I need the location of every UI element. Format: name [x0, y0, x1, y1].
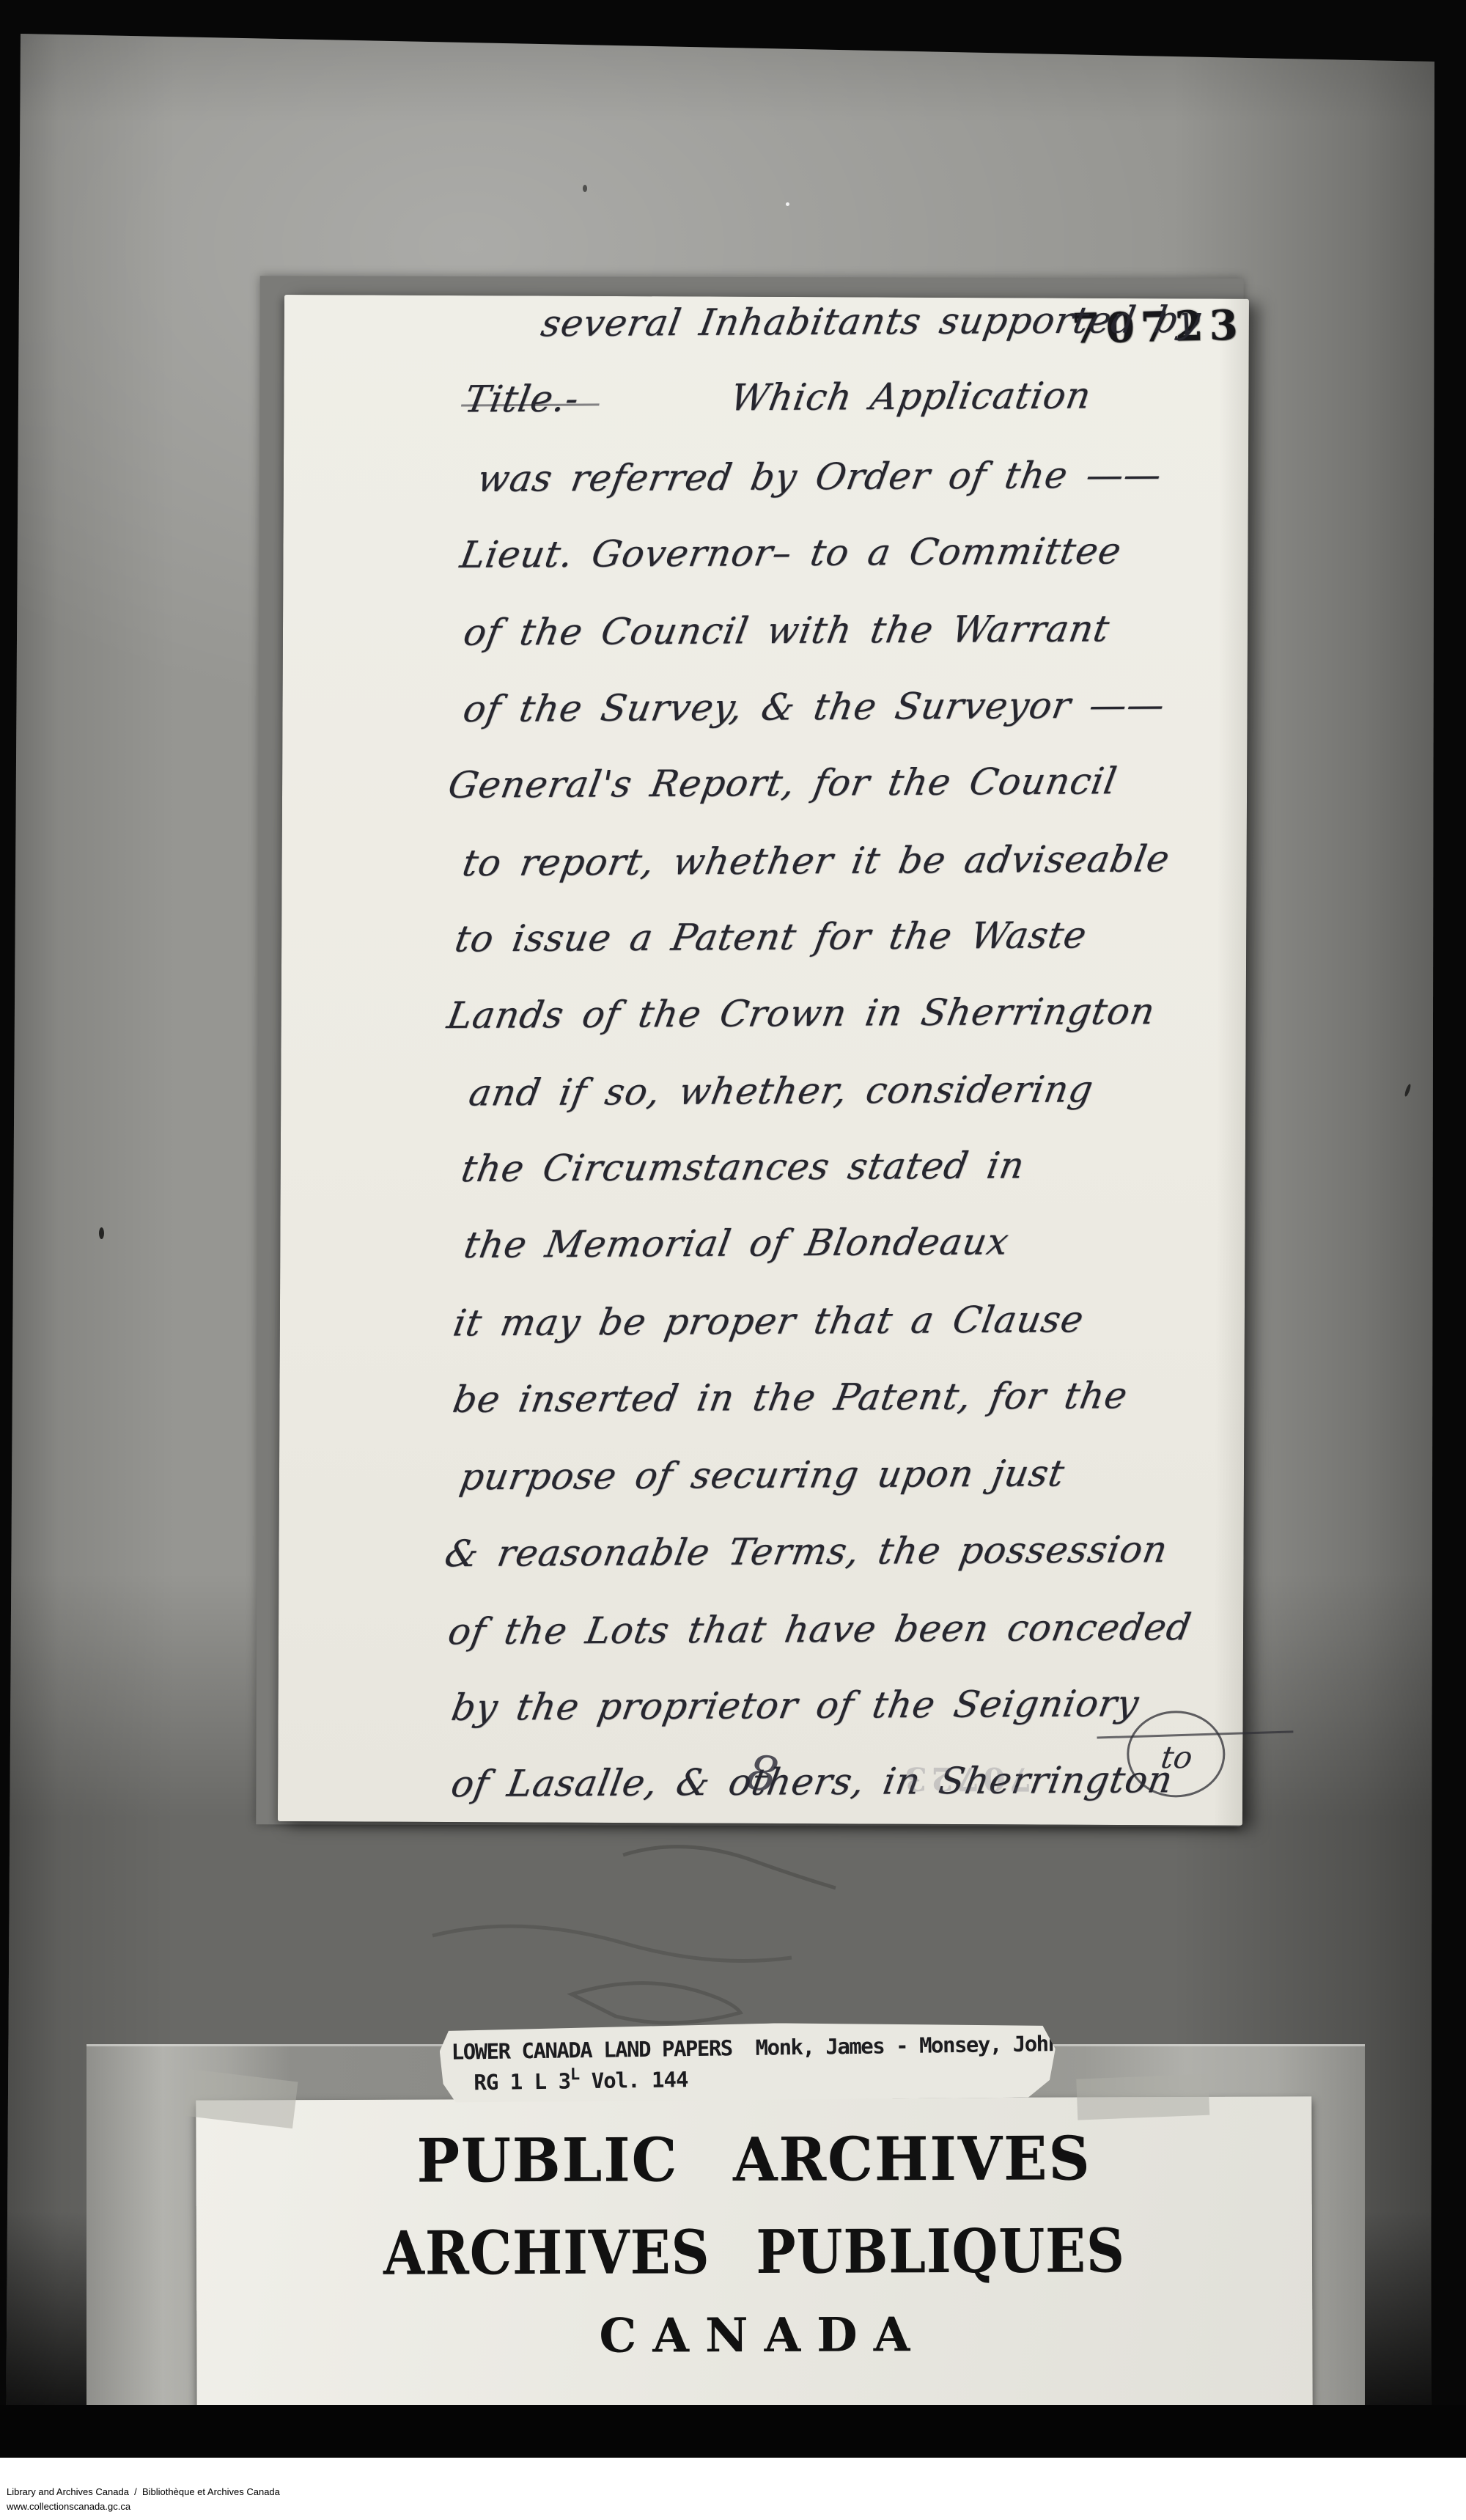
catchword-text: to — [1159, 1739, 1195, 1775]
manuscript-line: purpose of securing upon just — [457, 1455, 1067, 1495]
label-ref-prefix: RG 1 L 3 — [474, 2068, 570, 2095]
card-title-fr: ARCHIVES PUBLIQUES — [263, 2216, 1245, 2290]
archival-scan: 70723 several Inhabitants supported by T… — [0, 0, 1466, 2520]
manuscript-line: several Inhabitants supported by — [539, 301, 1204, 342]
label-series: LOWER CANADA LAND PAPERS Monk, James - M… — [452, 2031, 1060, 2065]
label-ref-suffix: Vol. 144 — [579, 2067, 688, 2093]
label-ref-superscript: L — [570, 2065, 580, 2084]
manuscript-line: the Circumstances stated in — [459, 1147, 1028, 1187]
manuscript-line: by the proprietor of the Seigniory — [449, 1685, 1142, 1726]
manuscript-line: of the Lots that have been conceded — [446, 1609, 1194, 1650]
manuscript-page: 70723 several Inhabitants supported by T… — [278, 295, 1249, 1826]
dust-speck — [1404, 1084, 1412, 1098]
scribble-path — [623, 1847, 836, 1888]
manuscript-line: Lands of the Crown in Sherrington — [445, 993, 1158, 1034]
footer-attribution: Library and Archives Canada / Bibliothèq… — [7, 2487, 280, 2497]
card-country: CANADA — [196, 2306, 1312, 2365]
manuscript-line: be inserted in the Patent, for the — [450, 1377, 1130, 1418]
archives-card: PUBLIC ARCHIVES ARCHIVES PUBLIQUES CANAD… — [196, 2096, 1312, 2417]
manuscript-line: to report, whether it be adviseable — [460, 840, 1173, 881]
footer-url: www.collectionscanada.gc.ca — [7, 2502, 130, 2511]
ghost-stamp: 70723 — [901, 1760, 1031, 1798]
ghost-scribbles — [257, 1833, 1209, 2053]
scribble-path — [572, 1983, 740, 2023]
manuscript-line: General's Report, for the Council — [446, 763, 1120, 804]
dust-speck — [583, 185, 587, 192]
strike-line-icon — [1097, 1730, 1293, 1738]
card-title-en: PUBLIC ARCHIVES — [224, 2123, 1283, 2197]
manuscript-line: to issue a Patent for the Waste — [452, 916, 1089, 957]
label-reference: RG 1 L 3L Vol. 144 — [474, 2067, 688, 2095]
manuscript-line: Lieut. Governor– to a Committee — [457, 532, 1124, 573]
footer-strip: Library and Archives Canada / Bibliothèq… — [0, 2458, 1466, 2520]
manuscript-line: Title.- Which Application — [462, 377, 1094, 417]
tape-corner-icon — [1076, 2074, 1209, 2120]
dust-speck — [99, 1227, 104, 1239]
film-edge — [0, 2405, 1466, 2458]
scribble-path — [432, 1926, 792, 1961]
manuscript-line: and if so, whether, considering — [466, 1070, 1096, 1111]
manuscript-line: of the Council with the Warrant — [461, 610, 1113, 650]
manuscript-line: of Lasalle, & others, in Sherrington — [449, 1761, 1176, 1802]
dust-speck — [786, 202, 789, 206]
manuscript-line: it may be proper that a Clause — [451, 1301, 1087, 1341]
photo-area: 70723 several Inhabitants supported by T… — [0, 0, 1466, 2458]
catalog-label: LOWER CANADA LAND PAPERS Monk, James - M… — [439, 2019, 1056, 2106]
manuscript-line: the Memorial of Blondeaux — [461, 1223, 1012, 1263]
manuscript-line: was referred by Order of the —— — [475, 456, 1165, 497]
manuscript-line: & reasonable Terms, the possession — [442, 1531, 1170, 1572]
manuscript-line: of the Survey, & the Surveyor —— — [460, 686, 1168, 727]
catchword-circle: to — [1127, 1711, 1226, 1798]
